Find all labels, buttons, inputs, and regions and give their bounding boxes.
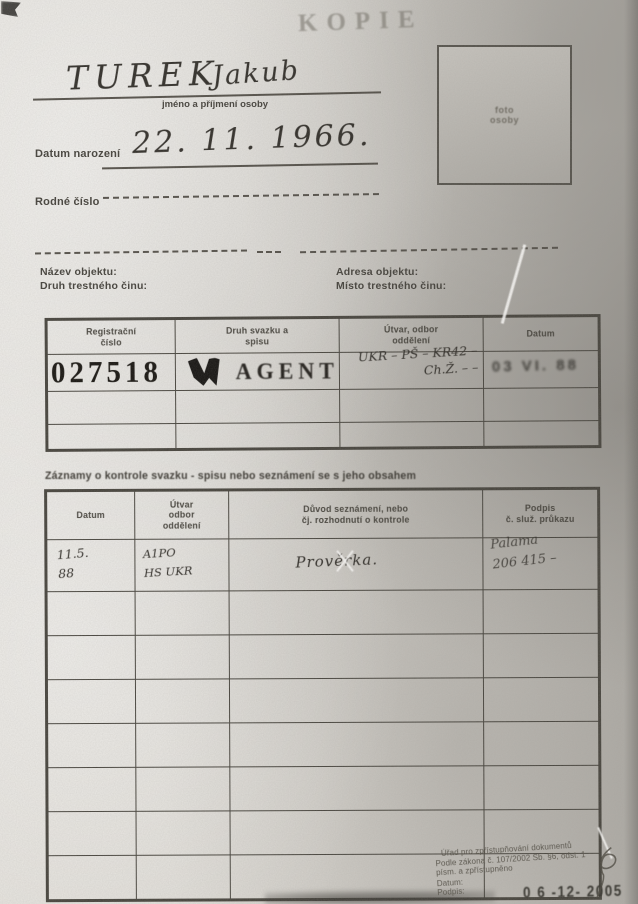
signature-cell: Palama 206 415 – — [483, 538, 597, 589]
photo-box-label: foto osoby — [490, 105, 519, 125]
handwritten-unit: UKR – PŠ – KR42 – Ch.Ž. – – — [341, 341, 483, 383]
scan-edge-shadow — [624, 0, 638, 904]
unit-cell: UKR – PŠ – KR42 – Ch.Ž. – – — [340, 352, 484, 389]
header-unit: Útvar odbor oddělení — [135, 491, 229, 538]
photo-box: foto osoby — [437, 45, 572, 185]
registration-number-cell: 027518 — [48, 354, 176, 391]
header-reason: Důvod seznámení, nebo čj. rozhodnutí o k… — [229, 490, 483, 538]
date-cell: 11.5. 88 — [47, 540, 135, 591]
personal-number-label: Rodné číslo — [35, 196, 100, 208]
handwritten-dob: 22. 11. 1966. — [131, 118, 371, 161]
object-address-label: Adresa objektu: — [336, 266, 418, 278]
control-table-empty-row — [48, 721, 598, 767]
agent-stamp: AGENT — [236, 357, 339, 385]
control-table-empty-row — [48, 633, 598, 679]
crime-type-label: Druh trestného činu: — [40, 280, 147, 292]
date-stamp: 03 VI. 88 — [492, 356, 579, 375]
control-section-title: Záznamy o kontrole svazku - spisu nebo s… — [45, 470, 416, 482]
file-kind-cell: AGENT — [176, 353, 340, 390]
header-file-kind: Druh svazku a spisu — [176, 319, 340, 353]
date-cell: 03 VI. 88 — [484, 351, 598, 388]
registration-table-header-row: Registrační číslo Druh svazku a spisu Út… — [48, 317, 598, 354]
registration-table: Registrační číslo Druh svazku a spisu Út… — [45, 314, 602, 452]
registration-table-empty-row — [48, 387, 598, 424]
object-name-label: Název objektu: — [40, 266, 117, 278]
handwritten-date: 11.5. 88 — [56, 543, 91, 583]
control-table-row: 11.5. 88 A1PO HS UKR Prověrka. Palama 20… — [47, 537, 597, 591]
control-table-header-row: Datum Útvar odbor oddělení Důvod seznáme… — [47, 490, 597, 539]
divider-line — [300, 247, 558, 254]
handwritten-given-name: Jakub — [211, 55, 301, 92]
registration-number-stamp: 027518 — [51, 355, 175, 391]
control-table: Datum Útvar odbor oddělení Důvod seznáme… — [44, 487, 602, 902]
handwritten-surname: TUREK — [65, 53, 220, 97]
personal-number-line — [103, 193, 379, 199]
header-registration-number: Registrační číslo — [48, 320, 176, 354]
scanned-document-page: KOPIE foto osoby TUREK Jakub jméno a pří… — [0, 0, 638, 904]
unit-cell: A1PO HS UKR — [135, 539, 229, 590]
registration-table-row: 027518 AGENT UKR – PŠ – KR42 – Ch.Ž. – –… — [48, 350, 598, 391]
divider-line — [35, 250, 247, 255]
registration-table-empty-row — [48, 420, 598, 449]
control-table-empty-row — [48, 589, 598, 635]
reason-cell: Prověrka. — [229, 538, 483, 590]
dob-underline — [102, 163, 378, 169]
ink-blot — [188, 358, 229, 386]
scan-artifact-scratch — [501, 244, 526, 324]
crime-place-label: Místo trestného činu: — [336, 280, 446, 292]
control-table-empty-row — [48, 677, 598, 723]
control-table-empty-row — [48, 765, 598, 811]
handwritten-unit: A1PO HS UKR — [142, 542, 193, 583]
name-caption: jméno a příjmení osoby — [120, 99, 310, 110]
divider-line — [257, 251, 281, 253]
dob-label: Datum narození — [35, 148, 120, 160]
header-date: Datum — [47, 492, 135, 539]
kopie-stamp: KOPIE — [298, 6, 424, 38]
handwritten-signature: Palama 206 415 – — [489, 529, 557, 576]
scan-artifact-corner — [1, 1, 21, 17]
